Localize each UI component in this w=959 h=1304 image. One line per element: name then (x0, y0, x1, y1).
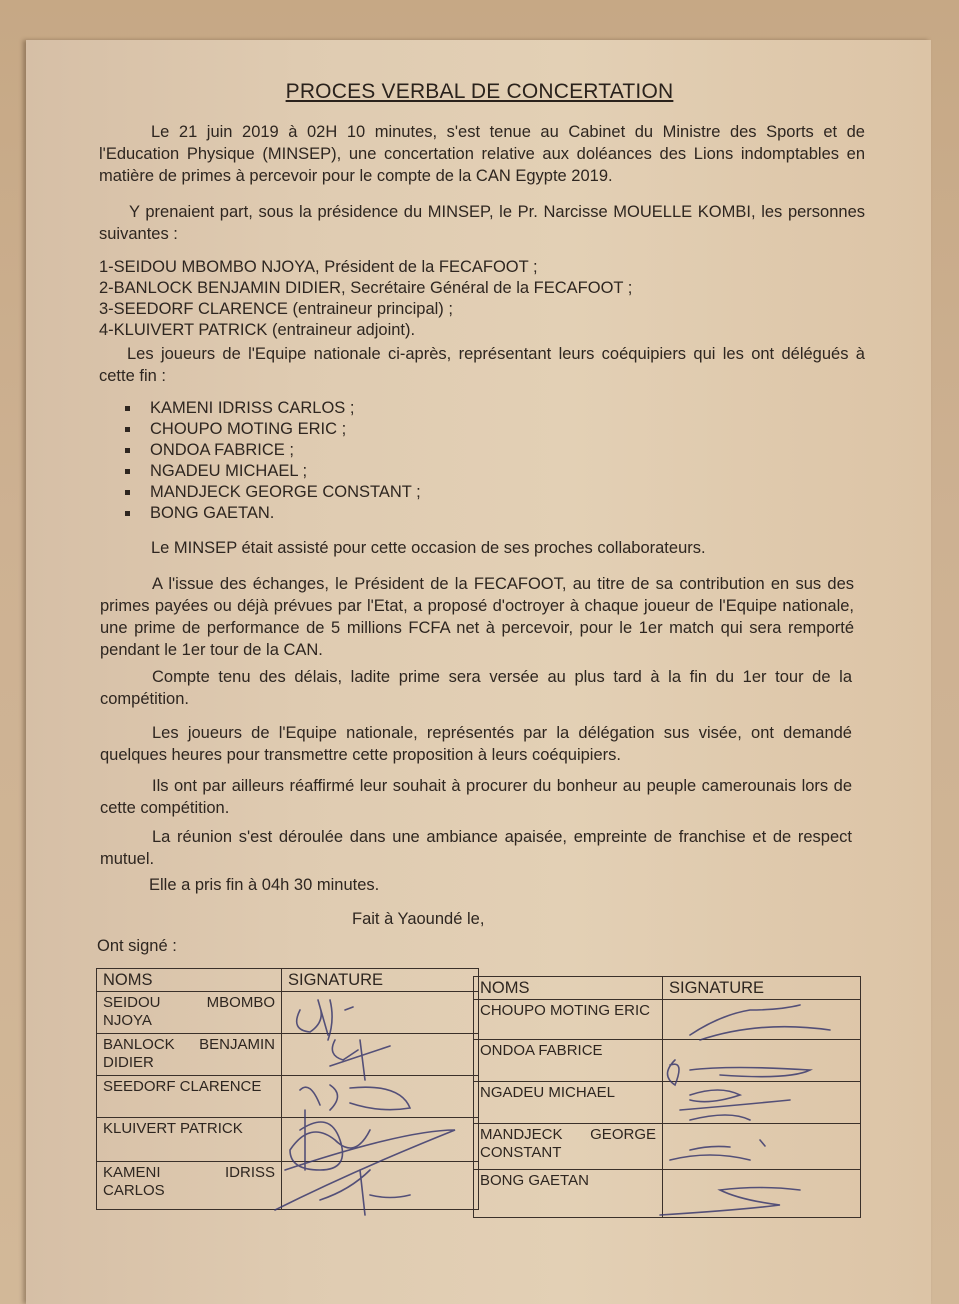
signature-cell (282, 1034, 479, 1076)
signature-cell (282, 1076, 479, 1118)
signature-cell (663, 1000, 861, 1040)
bullet-icon (125, 511, 130, 516)
signatory-name: MANDJECK GEORGE CONSTANT (474, 1124, 663, 1170)
paragraph-end-time: Elle a pris fin à 04h 30 minutes. (149, 876, 379, 895)
player-item: BONG GAETAN. (125, 503, 421, 524)
signature-cell (663, 1040, 861, 1082)
header-signature: SIGNATURE (663, 977, 861, 1000)
signatory-name: SEEDORF CLARENCE (97, 1076, 282, 1118)
signature-cell (663, 1124, 861, 1170)
attendee-1: 1-SEIDOU MBOMBO NJOYA, Président de la F… (99, 258, 538, 277)
player-item: NGADEU MICHAEL ; (125, 461, 421, 482)
signatory-name: ONDOA FABRICE (474, 1040, 663, 1082)
paragraph-players-intro: Les joueurs de l'Equipe nationale ci-apr… (99, 343, 865, 387)
bullet-icon (125, 406, 130, 411)
bullet-icon (125, 490, 130, 495)
signatory-name: KAMENI IDRISS CARLOS (97, 1162, 282, 1210)
signature-table-left: NOMS SIGNATURE SEIDOU MBOMBO NJOYA BANLO… (96, 968, 479, 1210)
attendee-2: 2-BANLOCK BENJAMIN DIDIER, Secrétaire Gé… (99, 279, 632, 298)
signatory-name: BANLOCK BENJAMIN DIDIER (97, 1034, 282, 1076)
paragraph-presidence: Y prenaient part, sous la présidence du … (99, 201, 865, 245)
bullet-icon (125, 427, 130, 432)
paragraph-minsep-assisted: Le MINSEP était assisté pour cette occas… (151, 539, 706, 558)
document-title: PROCES VERBAL DE CONCERTATION (0, 80, 959, 104)
signed-label: Ont signé : (97, 937, 177, 956)
signatory-name: BONG GAETAN (474, 1170, 663, 1218)
header-signature: SIGNATURE (282, 969, 479, 992)
paragraph-reaffirm: Ils ont par ailleurs réaffirmé leur souh… (100, 775, 852, 819)
header-names: NOMS (474, 977, 663, 1000)
attendee-4: 4-KLUIVERT PATRICK (entraineur adjoint). (99, 321, 415, 340)
signature-cell (663, 1082, 861, 1124)
players-list: KAMENI IDRISS CARLOS ; CHOUPO MOTING ERI… (125, 398, 421, 524)
paragraph-proposal: A l'issue des échanges, le Président de … (100, 573, 854, 661)
signature-cell (282, 992, 479, 1034)
signature-cell (663, 1170, 861, 1218)
signature-table-right: NOMS SIGNATURE CHOUPO MOTING ERIC ONDOA … (473, 976, 861, 1218)
signature-cell (282, 1162, 479, 1210)
signatory-name: NGADEU MICHAEL (474, 1082, 663, 1124)
paragraph-intro: Le 21 juin 2019 à 02H 10 minutes, s'est … (99, 121, 865, 187)
signatory-name: KLUIVERT PATRICK (97, 1118, 282, 1162)
place-date: Fait à Yaoundé le, (352, 910, 484, 929)
player-item: CHOUPO MOTING ERIC ; (125, 419, 421, 440)
signature-cell (282, 1118, 479, 1162)
player-item: KAMENI IDRISS CARLOS ; (125, 398, 421, 419)
player-item: MANDJECK GEORGE CONSTANT ; (125, 482, 421, 503)
header-names: NOMS (97, 969, 282, 992)
paragraph-players-request: Les joueurs de l'Equipe nationale, repré… (100, 722, 852, 766)
paragraph-payment: Compte tenu des délais, ladite prime ser… (100, 666, 852, 710)
bullet-icon (125, 448, 130, 453)
signatory-name: SEIDOU MBOMBO NJOYA (97, 992, 282, 1034)
bullet-icon (125, 469, 130, 474)
signatory-name: CHOUPO MOTING ERIC (474, 1000, 663, 1040)
paragraph-ambiance: La réunion s'est déroulée dans une ambia… (100, 826, 852, 870)
player-item: ONDOA FABRICE ; (125, 440, 421, 461)
attendee-3: 3-SEEDORF CLARENCE (entraineur principal… (99, 300, 453, 319)
